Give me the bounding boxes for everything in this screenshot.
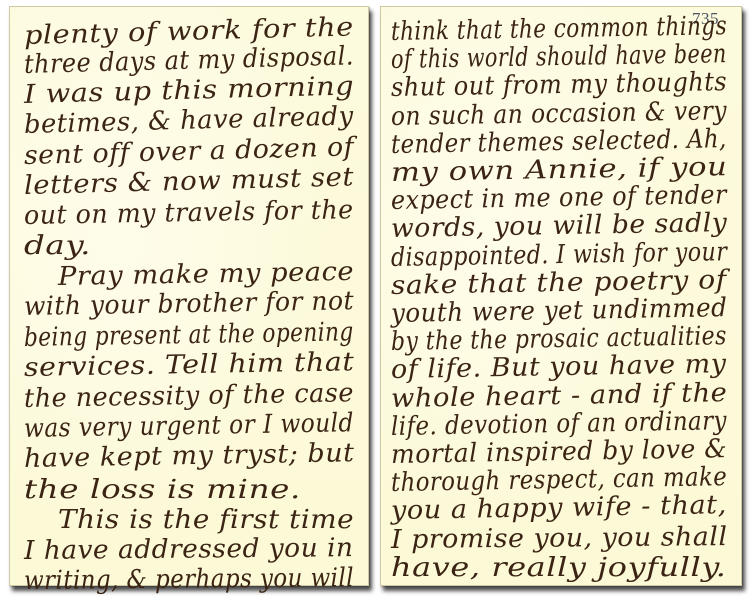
text-line: writing, & perhaps you will — [24, 563, 354, 596]
text-line: day. — [24, 231, 91, 261]
letter-page-right: 735 think that the common things of this… — [380, 6, 742, 586]
text-line: have, really joyfully. — [391, 553, 727, 583]
text-line: I have addressed you in — [24, 533, 354, 566]
text-line: out on my travels for the — [24, 195, 354, 231]
text-line: the loss is mine. — [24, 475, 301, 505]
text-line: I promise you, you shall — [391, 522, 728, 555]
text-line: This is the first time — [58, 505, 354, 535]
text-line: you a happy wife - that, — [391, 491, 727, 527]
text-line: services. Tell him that — [24, 347, 355, 383]
text-line: with your brother for not — [24, 286, 355, 322]
text-line: have kept my tryst; but — [24, 438, 355, 474]
letter-page-left: plenty of work for the three days at my … — [9, 6, 369, 586]
